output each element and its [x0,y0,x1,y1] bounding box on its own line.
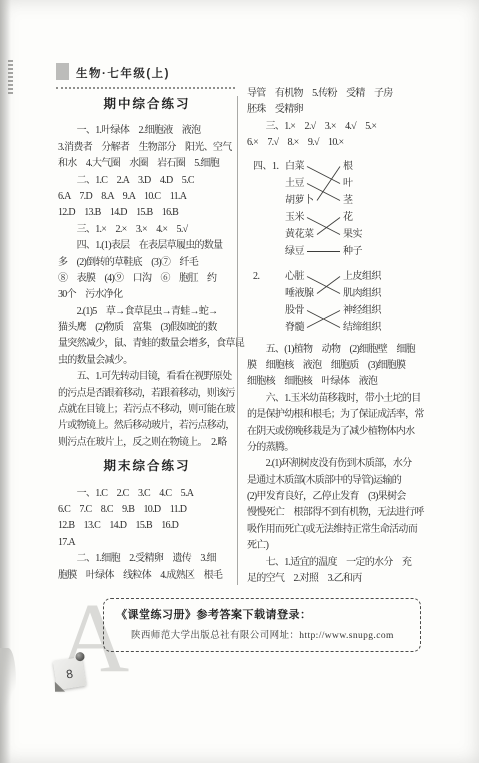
text-line: 膜 细胞核 液泡 细胞质 (3)细胞膜 [247,358,438,374]
text-line: 则污点在玻片上，反之则在物镜上。 2.略 [58,435,236,451]
scan-page-curl [0,648,16,712]
text-line: 三、1.× 2.√ 3.× 4.√ 5.× [247,119,438,135]
text-line: 12.B 13.C 14.D 15.B 16.D [58,518,236,534]
text-line: 胚珠 受精卵 [247,102,438,118]
matching-diagram-plant-organs: 四、1.白菜土豆胡萝卜玉米黄花菜绿豆根叶茎花果实种子 [247,158,438,260]
text-line: 细胞核 细胞核 叶绿体 液泡 [247,374,438,390]
text-line: 吸作用而死亡(或无法维持正常生命活动而 [247,522,438,538]
download-notice-title: 《课堂练习册》参考答案下载请登录： [116,606,410,622]
scanned-answer-page: 生物·七年级(上) 期中综合练习 一、1.叶绿体 2.细胞液 液泡3.消费者 分… [0,0,479,763]
header-square-icon [56,63,69,80]
midterm-answer-lines: 一、1.叶绿体 2.细胞液 液泡3.消费者 分解者 生物部分 阳光、空气和水 4… [58,123,236,451]
text-line: 六、1.玉米幼苗移栽时，带小土坨的目 [247,391,438,407]
right-column: 导管 有机物 5.传粉 受精 子房胚珠 受精卵 三、1.× 2.√ 3.× 4.… [247,86,438,587]
text-line: 12.D 13.B 14.D 15.B 16.B [58,205,236,221]
text-line: 死亡) [247,538,438,554]
header-title: 生物·七年级(上) [76,68,170,80]
matching-lines [247,268,438,336]
final-answer-lines-continued: 导管 有机物 5.传粉 受精 子房胚珠 受精卵 三、1.× 2.√ 3.× 4.… [247,86,438,152]
final-answer-lines-end: 五、(1)植物 动物 (2)细胞壁 细胞膜 细胞核 液泡 细胞质 (3)细胞膜细… [247,342,438,588]
text-line: 6.A 7.D 8.A 9.A 10.C 11.A [58,189,236,205]
text-line: 在阴天或傍晚移栽是为了减少植物体内水 [247,424,438,440]
text-line: 的污点是否跟着移动，若跟着移动，则该污 [58,386,236,402]
text-line: 导管 有机物 5.传粉 受精 子房 [247,86,438,102]
text-line: 一、1.叶绿体 2.细胞液 液泡 [58,123,236,139]
text-line: 足的空气 2.对照 3.乙和丙 [247,571,438,587]
text-line: 30个 污水净化 [58,287,236,303]
text-line: 和水 4.大气圈 水圈 岩石圈 5.细胞 [58,156,236,172]
text-line: 五、(1)植物 动物 (2)细胞壁 细胞 [247,342,438,358]
column-divider [237,96,238,585]
text-line: 点就在目镜上；若污点不移动，则可能在玻 [58,402,236,418]
text-line: 三、1.× 2.× 3.× 4.× 5.√ [58,222,236,238]
left-column: 期中综合练习 一、1.叶绿体 2.细胞液 液泡3.消费者 分解者 生物部分 阳光… [58,96,236,584]
text-line: 二、1.C 2.A 3.D 4.D 5.C [58,173,236,189]
page-number-tag: 8 [53,657,86,690]
text-line: 虫的数量会减少。 [58,353,236,369]
text-line: 3.消费者 分解者 生物部分 阳光、空气 [58,140,236,156]
folded-corner-icon [55,682,65,692]
matching-diagram-tissues: 2.心脏唾液腺股骨脊髓上皮组织肌肉组织神经组织结缔组织 [247,268,438,336]
text-line: 2.(1)环割树皮没有伤到木质部，水分 [247,456,438,472]
text-line: 七、1.适宜的温度 一定的水分 充 [247,555,438,571]
text-line: 是通过木质部(木质部中的导管)运输的 [247,473,438,489]
text-line: 五、1.可先转动目镜，看看在视野原处 [58,369,236,385]
text-line: 慢慢死亡 根部得不到有机物，无法进行呼 [247,505,438,521]
final-answer-lines: 一、1.C 2.C 3.C 4.C 5.A6.C 7.C 8.C 9.B 10.… [58,486,236,584]
text-line: 四、1.(1)表层 在表层草履虫的数量 [58,238,236,254]
text-line: 分的蒸腾。 [247,440,438,456]
text-line: 一、1.C 2.C 3.C 4.C 5.A [58,486,236,502]
text-line: 片或物镜上。然后移动玻片，若污点移动， [58,418,236,434]
text-line: 二、1.细胞 2.受精卵 遗传 3.细 [58,551,236,567]
text-line: 6.× 7.√ 8.× 9.√ 10.× [247,135,438,151]
text-line: 6.C 7.C 8.C 9.B 10.D 11.D [58,502,236,518]
download-notice-box: 《课堂练习册》参考答案下载请登录： 陕西师范大学出版总社有限公司网址：http:… [103,598,421,652]
text-line: 17.A [58,535,236,551]
text-line: 量突然减少，鼠、青蛙的数量会增多，食草昆 [58,336,236,352]
final-section-title: 期末综合练习 [58,458,236,474]
scan-binding-marks [8,60,13,94]
text-line: 的是保护幼根和根毛；为了保证成活率，常 [247,407,438,423]
midterm-section-title: 期中综合练习 [58,96,236,112]
matching-lines [247,158,438,260]
text-line: 猫头鹰 (2)物质 富集 (3)假如蛇的数 [58,320,236,336]
header-dotted-rule [56,87,235,89]
text-line: ⑧ 表膜 (4)⑨ 口沟 ⑥ 胞肛 约 [58,271,236,287]
page-header: 生物·七年级(上) [56,63,235,89]
download-notice-url: 陕西师范大学出版总社有限公司网址：http://www.snupg.com [116,627,410,641]
text-line: (2)甲发育良好，乙停止发育 (3)果树会 [247,489,438,505]
text-line: 2.(1)5 草→食草昆虫→青蛙→蛇→ [58,304,236,320]
text-line: 多 (2)倒转的草鞋底 (3)⑦ 纤毛 [58,255,236,271]
page-number: 8 [65,666,74,681]
